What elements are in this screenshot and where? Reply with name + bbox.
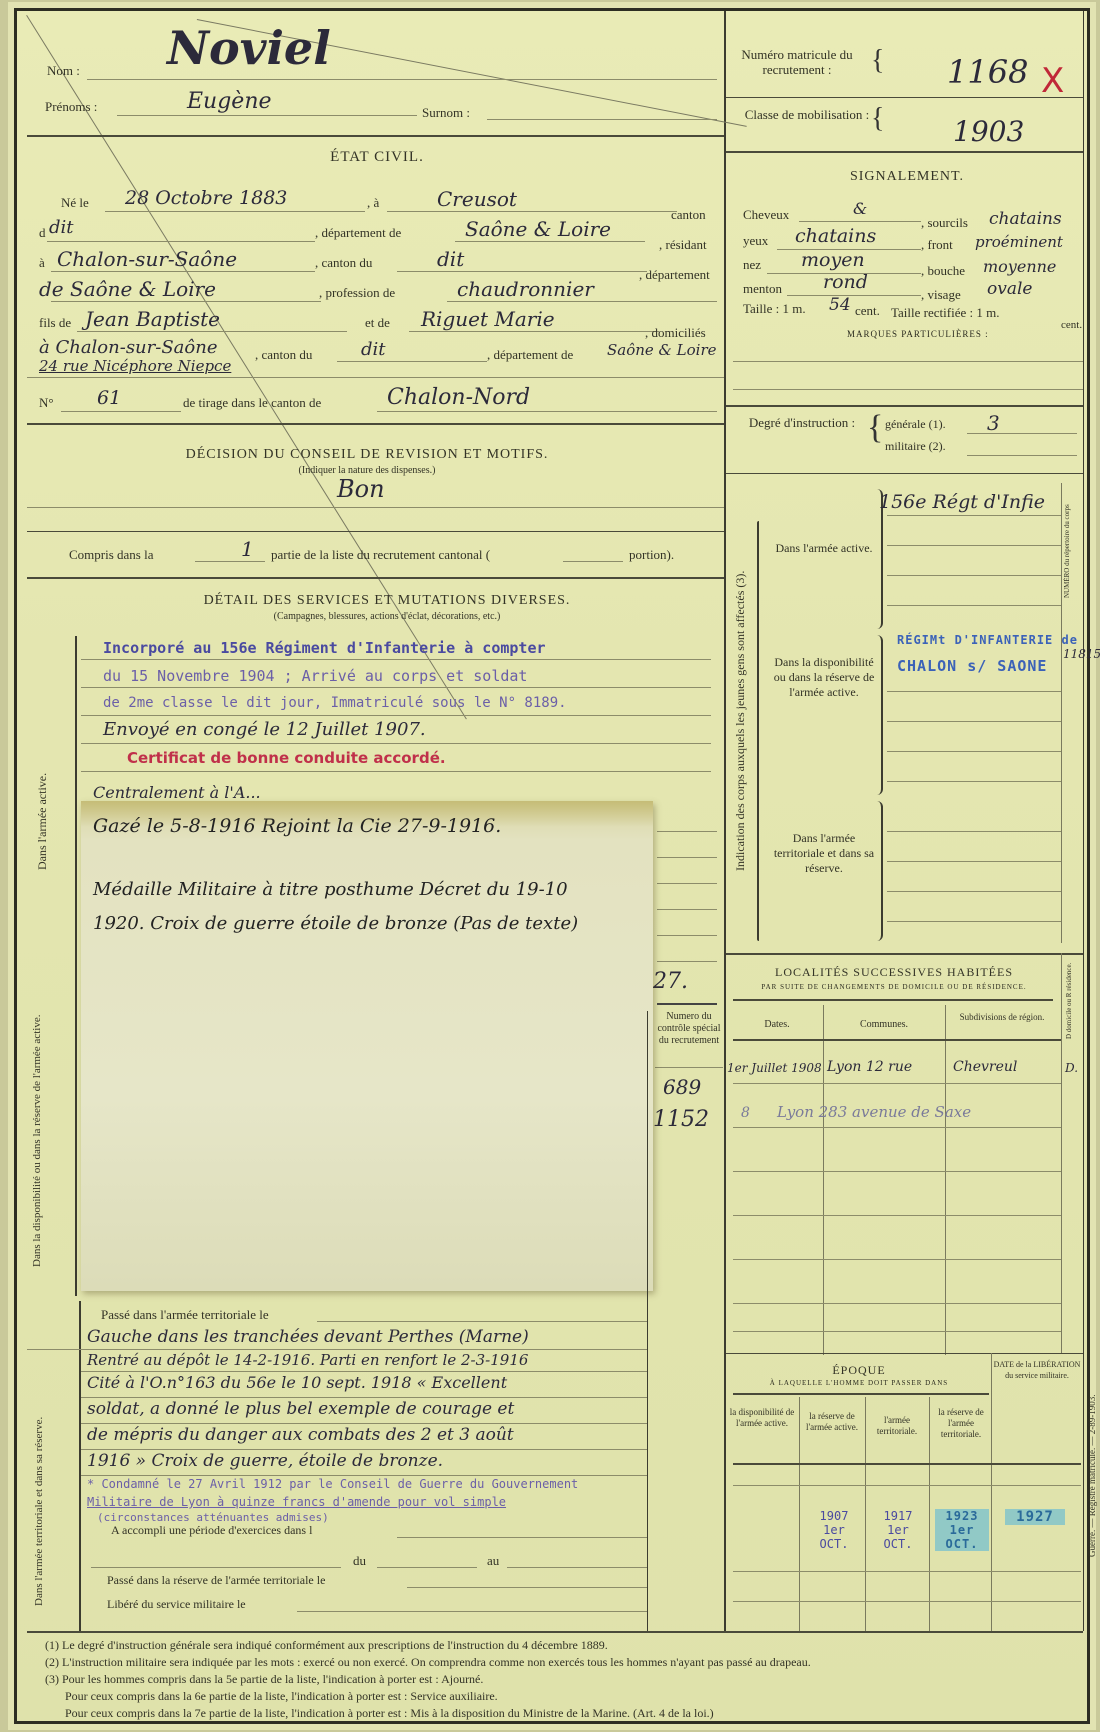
affectation-active-label: Dans l'armée active. <box>769 541 879 556</box>
instruction-label: Degré d'instruction : <box>747 415 857 431</box>
stamp-number: 11815 <box>1063 647 1100 661</box>
nom-value: Noviel <box>167 21 331 75</box>
right-border <box>1083 11 1084 1631</box>
affectation-active-value: 156e Régt d'Infie <box>879 491 1045 513</box>
localites-type-header: D domicile ou R résidence. <box>1065 961 1079 1041</box>
prenoms-label: Prénoms : <box>45 99 97 115</box>
column-divider <box>724 11 726 1631</box>
localites-col-dates: Dates. <box>733 1019 821 1031</box>
residence-canton: dit <box>437 247 464 271</box>
affectation-dispo-label: Dans la disponibilité ou dans la réserve… <box>769 655 879 700</box>
localites-col-subdivisions: Subdivisions de région. <box>947 1011 1057 1023</box>
date-liberation-header: DATE de la LIBÉRATION du service militai… <box>993 1359 1081 1381</box>
birth-department: Saône & Loire <box>465 217 611 241</box>
epoque-col-reserve-active: la réserve de l'armée active. <box>801 1411 863 1433</box>
matricule-register-sheet: Nom : Noviel Prénoms : Eugène Surnom : N… <box>14 8 1090 1724</box>
footnote-1: (1) Le degré d'instruction générale sera… <box>45 1637 1075 1654</box>
parents-department: Saône & Loire <box>607 341 717 359</box>
birth-date: 28 Octobre 1883 <box>125 187 287 209</box>
epoque-territoriale-value: 1917 1er OCT. <box>871 1509 925 1551</box>
territoriale-line-5: de mépris du danger aux combats des 2 et… <box>87 1425 514 1445</box>
epoque-col-territoriale: l'armée territoriale. <box>867 1415 927 1437</box>
regiment-stamp-line-1: RÉGIMt D'INFANTERIE de <box>897 633 1078 647</box>
matricule-label: Numéro matricule du recrutement : <box>737 47 857 77</box>
footnote-3: (3) Pour les hommes compris dans la 5e p… <box>45 1671 1075 1688</box>
menton-value: rond <box>823 271 868 293</box>
epoque-reserve-territoriale-value: 1923 1er OCT. <box>935 1509 989 1551</box>
side-label-territoriale: Dans l'armée territoriale et dans sa rés… <box>33 1401 73 1621</box>
visage-value: ovale <box>987 279 1032 299</box>
liberation-value: 1927 <box>1005 1509 1065 1525</box>
service-line-2: du 15 Novembre 1904 ; Arrivé au corps et… <box>103 667 527 685</box>
nom-label: Nom : <box>47 63 80 79</box>
marques-label: MARQUES PARTICULIÈRES : <box>847 329 989 339</box>
territoriale-line-4: soldat, a donné le plus bel exemple de c… <box>87 1399 514 1419</box>
services-title: DÉTAIL DES SERVICES ET MUTATIONS DIVERSE… <box>77 593 697 609</box>
compris-partie: 1 <box>241 537 254 561</box>
residence-city: Chalon-sur-Saône <box>57 247 237 271</box>
cheveux-value: & <box>853 199 867 218</box>
territoriale-line-6: 1916 » Croix de guerre, étoile de bronze… <box>87 1451 443 1471</box>
localites-col-communes: Communes. <box>825 1019 943 1031</box>
parents-address: 24 rue Nicéphore Niepce <box>39 357 231 375</box>
yeux-value: chatains <box>795 225 876 247</box>
mother-name: Riguet Marie <box>421 307 555 331</box>
condamne-line-1: * Condamné le 27 Avril 1912 par le Conse… <box>87 1477 578 1491</box>
matricule-mark: X <box>1041 61 1064 101</box>
decision-title: DÉCISION DU CONSEIL DE REVISION ET MOTIF… <box>97 447 637 463</box>
residence-department: de Saône & Loire <box>39 277 216 301</box>
tirage-number: 61 <box>97 387 121 409</box>
partial-line: Centralement à l'A... <box>93 783 261 802</box>
repertoire-label: NUMÉRO du répertoire du corps <box>1063 491 1077 611</box>
condamne-line-2: Militaire de Lyon à quinze francs d'amen… <box>87 1495 506 1509</box>
slip-line-1: Gazé le 5-8-1916 Rejoint la Cie 27-9-191… <box>93 815 501 837</box>
side-label-disponibilite: Dans la disponibilité ou dans la réserve… <box>31 1011 71 1271</box>
reserve-territoriale-label: Passé dans la réserve de l'armée territo… <box>107 1573 325 1588</box>
service-line-3: de 2me classe le dit jour, Immatriculé s… <box>103 695 567 711</box>
classe-value: 1903 <box>953 115 1024 148</box>
passe-territoriale-label: Passé dans l'armée territoriale le <box>101 1307 269 1323</box>
service-line-4: Envoyé en congé le 12 Juillet 1907. <box>103 719 426 740</box>
epoque-col-disponibilite: la disponibilité de l'armée active. <box>727 1407 797 1429</box>
instruction-generale-value: 3 <box>987 411 1000 435</box>
footnotes: (1) Le degré d'instruction générale sera… <box>45 1637 1075 1722</box>
birth-canton: dit <box>49 217 74 238</box>
bouche-value: moyenne <box>983 257 1056 276</box>
nez-value: moyen <box>801 249 865 271</box>
printer-mark: Guerre. — Registre matricule. — 2-89-190… <box>1087 1341 1100 1611</box>
controle-value-2: 1152 <box>653 1107 709 1132</box>
side-label-active: Dans l'armée active. <box>35 731 50 911</box>
pasted-slip: Gazé le 5-8-1916 Rejoint la Cie 27-9-191… <box>81 801 653 1291</box>
signalement-title: SIGNALEMENT. <box>817 169 997 185</box>
territoriale-line-3: Cité à l'O.n°163 du 56e le 10 sept. 1918… <box>87 1373 507 1392</box>
parents-canton: dit <box>361 339 386 360</box>
father-name: Jean Baptiste <box>85 307 220 331</box>
footnote-4: Pour ceux compris dans la 6e partie de l… <box>45 1688 1075 1705</box>
controle-value-1: 689 <box>663 1075 701 1099</box>
birth-place: Creusot <box>437 187 517 211</box>
localites-title: LOCALITÉS SUCCESSIVES HABITÉES <box>729 965 1059 980</box>
tirage-canton: Chalon-Nord <box>387 385 530 410</box>
footnote-5: Pour ceux compris dans la 7e partie de l… <box>45 1705 1075 1722</box>
epoque-title: ÉPOQUE <box>729 1363 989 1378</box>
prenoms-value: Eugène <box>187 89 272 114</box>
epoque-reserve-active-value: 1907 1er OCT. <box>807 1509 861 1551</box>
slip-line-3: 1920. Croix de guerre étoile de bronze (… <box>93 913 578 934</box>
sourcils-value: chatains <box>989 209 1062 229</box>
exercices-label: A accompli une période d'exercices dans … <box>111 1523 312 1538</box>
matricule-value: 1168 <box>947 53 1028 91</box>
parents-domicile: à Chalon-sur-Saône <box>39 337 217 358</box>
territoriale-line-2: Rentré au dépôt le 14-2-1916. Parti en r… <box>87 1351 528 1369</box>
regiment-stamp-line-2: CHALON s/ SAONE <box>897 657 1047 675</box>
taille-value: 54 <box>829 295 851 315</box>
controle-header: Numero du contrôle spécial du recrutemen… <box>655 1011 723 1047</box>
etat-civil-title: ÉTAT CIVIL. <box>277 149 477 166</box>
profession: chaudronnier <box>457 277 594 301</box>
service-line-1: Incorporé au 156e Régiment d'Infanterie … <box>103 639 546 657</box>
classe-label: Classe de mobilisation : <box>737 107 877 122</box>
affectation-side-label: Indication des corps auxquels les jeunes… <box>733 511 748 931</box>
epoque-col-reserve-territoriale: la réserve de l'armée territoriale. <box>931 1407 991 1440</box>
territoriale-line-1: Gauche dans les tranchées devant Perthes… <box>87 1327 529 1347</box>
front-value: proéminent <box>975 233 1063 251</box>
affectation-territoriale-label: Dans l'armée territoriale et dans sa rés… <box>769 831 879 876</box>
fragment-27: 27. <box>653 969 688 994</box>
decision-value: Bon <box>337 475 385 503</box>
slip-line-2: Médaille Militaire à titre posthume Décr… <box>93 879 568 900</box>
libere-label: Libéré du service militaire le <box>107 1597 246 1612</box>
surnom-label: Surnom : <box>422 105 470 121</box>
certificat-bonne-conduite: Certificat de bonne conduite accordé. <box>127 749 446 767</box>
footnote-2: (2) L'instruction militaire sera indiqué… <box>45 1654 1075 1671</box>
